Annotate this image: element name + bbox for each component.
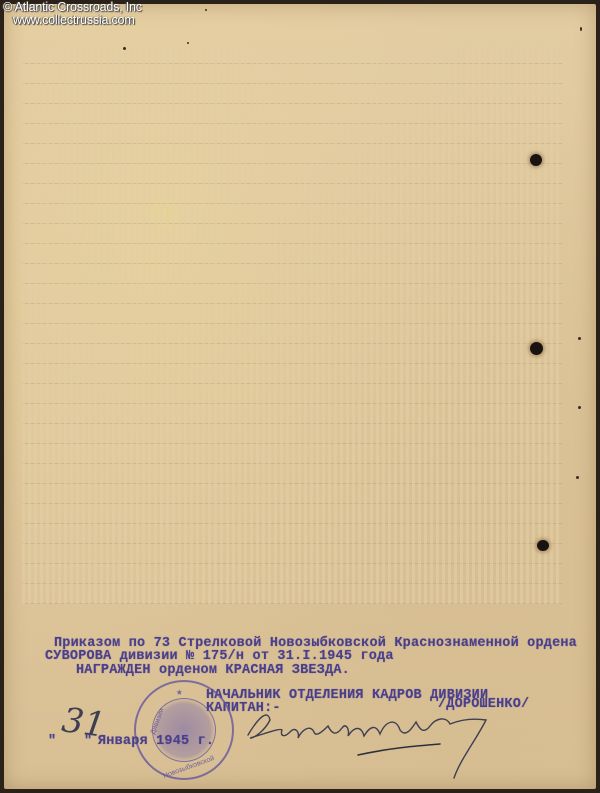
watermark-url: www.collectrussia.com (3, 14, 142, 27)
punch-hole (530, 342, 543, 355)
speck (580, 27, 582, 31)
order-line-3: НАГРАЖДЕН орденом КРАСНАЯ ЗВЕЗДА. (76, 664, 350, 678)
speck (578, 337, 581, 340)
watermark: © Atlantic Crossroads, Inc www.collectru… (3, 1, 142, 27)
signature (240, 710, 520, 780)
order-line-2: СУВОРОВА дивизии № 175/н от 31.I.1945 го… (45, 650, 394, 664)
date-quote-close: " (84, 735, 92, 749)
date-month-year: Января 1945 г. (98, 735, 214, 749)
speck (205, 9, 207, 11)
official-stamp: ★ Дивизии Новозыбковской (134, 680, 234, 780)
punch-hole (537, 540, 549, 551)
star-icon: ★ (176, 685, 183, 699)
speck (123, 47, 126, 50)
speck (576, 476, 579, 479)
speck (578, 406, 581, 409)
speck (187, 42, 189, 44)
date-quote-open: " (48, 735, 56, 749)
punch-hole (530, 154, 542, 166)
bleed-through-lines (22, 44, 562, 604)
